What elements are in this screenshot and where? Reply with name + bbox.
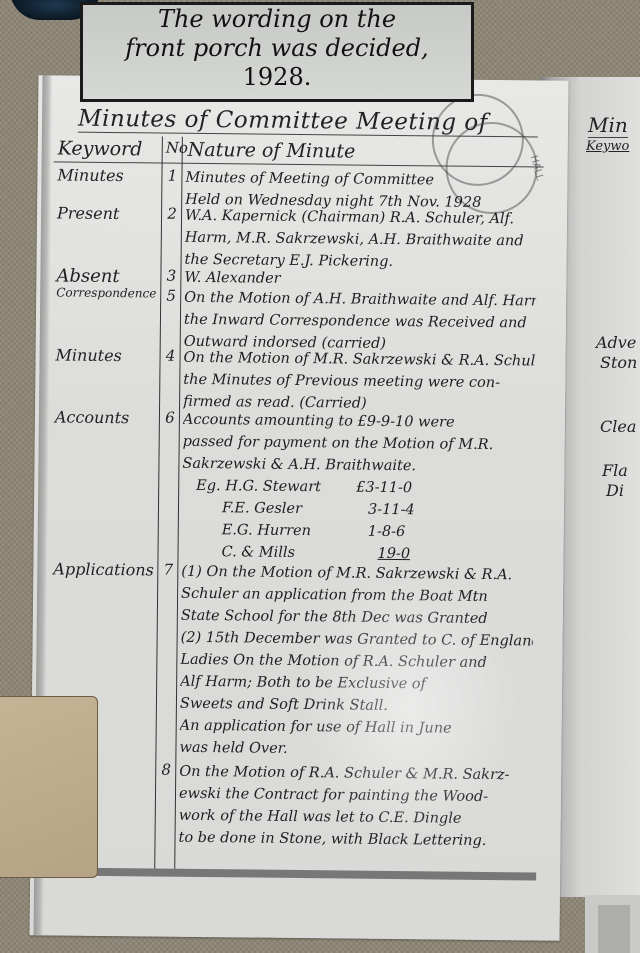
entry-keyword: Correspondence <box>56 285 160 300</box>
account-amount: 1-8-6 <box>356 521 478 544</box>
adjacent-keyword: Di <box>606 481 624 500</box>
entry-line: was held Over. <box>179 737 531 763</box>
entry-keyword: Applications <box>53 559 157 579</box>
account-payee: Eg. H.G. Stewart <box>182 475 356 499</box>
header-keyword: Keyword <box>58 137 143 160</box>
entry-keyword: Accounts <box>55 407 159 427</box>
tape-piece <box>598 905 630 953</box>
entry-number: 8 <box>159 761 173 779</box>
entry-text: (1) On the Motion of M.R. Sakrzewski & R… <box>179 561 533 763</box>
entry-number: 2 <box>165 205 179 223</box>
kraft-paper-card <box>0 696 98 878</box>
column-headers: Keyword No Nature of Minute <box>54 135 544 167</box>
entry-keyword: Present <box>57 203 161 223</box>
entry-keyword: Absent <box>56 265 160 287</box>
column-divider <box>154 137 163 869</box>
account-payee: F.E. Gesler <box>182 497 356 521</box>
entry-number: 6 <box>163 409 177 427</box>
caption-line: front porch was decided, <box>83 34 471 63</box>
entry-text: W.A. Kapernick (Chairman) R.A. Schuler, … <box>184 205 537 275</box>
caption-placard: The wording on the front porch was decid… <box>80 2 474 102</box>
entry-text: On the Motion of A.H. Braithwaite and Al… <box>184 287 537 357</box>
entry-number: 5 <box>164 287 178 305</box>
caption-line: 1928. <box>83 63 471 92</box>
entry-text: On the Motion of R.A. Schuler & M.R. Sak… <box>178 761 531 853</box>
entry-number: 3 <box>164 267 178 285</box>
adjacent-sheet-header: Keywo <box>586 139 629 154</box>
entry-text: On the Motion of M.R. Sakrzewski & R.A. … <box>183 347 536 417</box>
entry-text: Accounts amounting to £9-9-10 were passe… <box>181 409 535 567</box>
minutes-table: Minutes of Committee Meeting of HALL Key… <box>46 95 544 880</box>
entry-number: 1 <box>165 167 179 185</box>
entry-number: 7 <box>161 561 175 579</box>
minutes-document: Minutes of Committee Meeting of HALL Key… <box>30 75 569 941</box>
caption-line: The wording on the <box>83 5 471 34</box>
entry-keyword: Minutes <box>55 345 159 365</box>
header-number: No <box>166 139 188 157</box>
adjacent-sheet-title: Min <box>588 113 628 138</box>
adjacent-keyword: Adve <box>596 333 636 352</box>
account-amount: 3-11-4 <box>356 499 478 522</box>
account-amount: £3-11-0 <box>356 477 466 500</box>
entry-number: 4 <box>163 347 177 365</box>
entry-line: to be done in Stone, with Black Letterin… <box>178 827 530 853</box>
account-payee: E.G. Hurren <box>182 519 356 543</box>
adjacent-keyword: Fla <box>602 461 628 480</box>
header-nature: Nature of Minute <box>188 139 356 163</box>
adjacent-keyword: Clea <box>600 417 636 436</box>
entry-keyword: Minutes <box>57 165 161 185</box>
adjacent-keyword: Ston <box>600 353 637 372</box>
